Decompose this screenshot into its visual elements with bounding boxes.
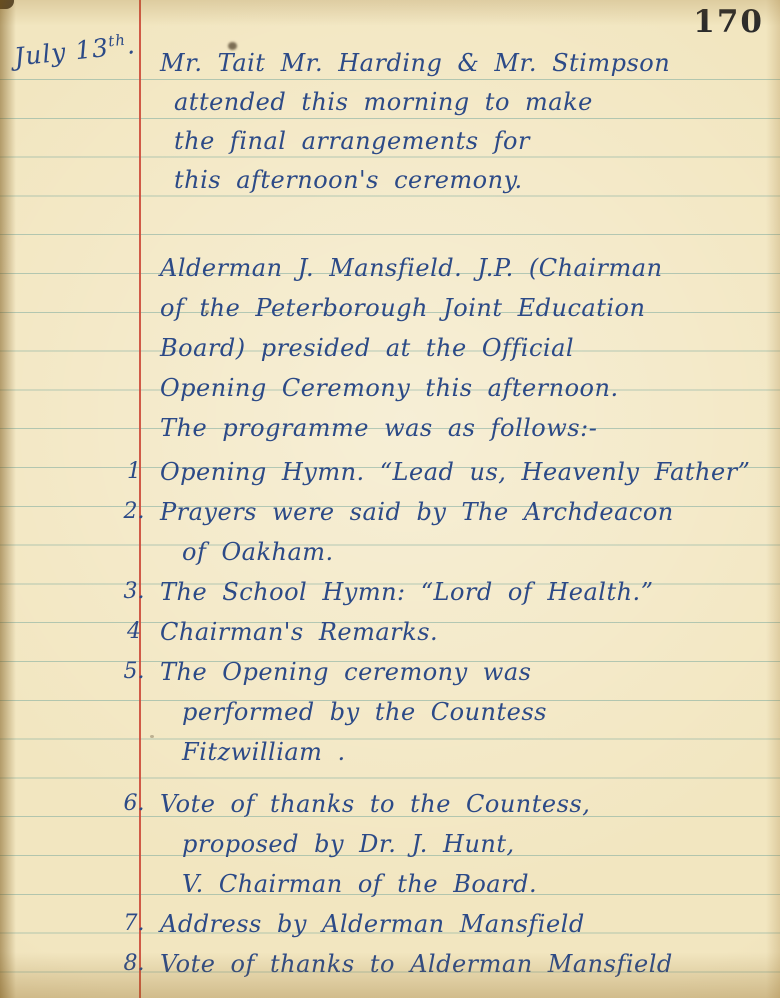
text-line: Address by Alderman Mansfield — [160, 904, 776, 944]
item-number: 3. — [108, 572, 160, 612]
text-line: proposed by Dr. J. Hunt, — [160, 824, 776, 864]
item-number: 4 — [108, 612, 160, 652]
item-text: Address by Alderman Mansfield — [160, 904, 776, 944]
text-line: of the Peterborough Joint Education — [160, 288, 663, 328]
item-number: 1 — [108, 452, 160, 492]
paper-speck — [150, 735, 154, 738]
text-line: of Oakham. — [160, 532, 776, 572]
margin-date-period: . — [125, 30, 137, 60]
opening-paragraph: Mr. Tait Mr. Harding & Mr. Stimpson atte… — [160, 44, 670, 200]
item-text: Vote of thanks to the Countess, proposed… — [160, 784, 776, 904]
ledger-page: 170 July 13th. Mr. Tait Mr. Harding & Mr… — [0, 0, 780, 998]
text-line: Chairman's Remarks. — [160, 612, 776, 652]
item-number: 6. — [108, 784, 160, 824]
programme-item-1: 1 Opening Hymn. “Lead us, Heavenly Fathe… — [108, 452, 776, 492]
text-line: V. Chairman of the Board. — [160, 864, 776, 904]
programme-list: 1 Opening Hymn. “Lead us, Heavenly Fathe… — [108, 452, 776, 984]
item-number: 7. — [108, 904, 160, 944]
item-text: The School Hymn: “Lord of Health.” — [160, 572, 776, 612]
programme-item-3: 3. The School Hymn: “Lord of Health.” — [108, 572, 776, 612]
item-text: Opening Hymn. “Lead us, Heavenly Father” — [160, 452, 776, 492]
item-text: Prayers were said by The Archdeacon of O… — [160, 492, 776, 572]
paper-speck — [205, 310, 209, 314]
text-line: this afternoon's ceremony. — [160, 161, 670, 200]
margin-date: July 13th. — [13, 30, 137, 72]
paper-speck — [0, 0, 14, 9]
text-line: Opening Ceremony this afternoon. — [160, 368, 663, 408]
text-line: The programme was as follows:- — [160, 408, 663, 448]
margin-date-ordinal: th — [107, 31, 126, 51]
text-line: performed by the Countess — [160, 692, 776, 732]
text-line: the final arrangements for — [160, 122, 670, 161]
margin-date-text: July 13 — [13, 33, 111, 72]
item-text: The Opening ceremony was performed by th… — [160, 652, 776, 772]
page-number: 170 — [693, 4, 764, 40]
text-line: Mr. Tait Mr. Harding & Mr. Stimpson — [160, 44, 670, 83]
item-text: Vote of thanks to Alderman Mansfield — [160, 944, 776, 984]
text-line: The School Hymn: “Lord of Health.” — [160, 572, 776, 612]
programme-item-7: 7. Address by Alderman Mansfield — [108, 904, 776, 944]
item-number: 5. — [108, 652, 160, 692]
programme-item-6: 6. Vote of thanks to the Countess, propo… — [108, 784, 776, 904]
text-line: Fitzwilliam . — [160, 732, 776, 772]
item-number: 2. — [108, 492, 160, 532]
programme-item-8: 8. Vote of thanks to Alderman Mansfield — [108, 944, 776, 984]
text-line: Prayers were said by The Archdeacon — [160, 492, 776, 532]
text-line: Vote of thanks to Alderman Mansfield — [160, 944, 776, 984]
item-number: 8. — [108, 944, 160, 984]
paper-speck — [228, 42, 237, 50]
ceremony-paragraph: Alderman J. Mansfield. J.P. (Chairman of… — [160, 248, 663, 448]
text-line: Vote of thanks to the Countess, — [160, 784, 776, 824]
programme-item-4: 4 Chairman's Remarks. — [108, 612, 776, 652]
programme-item-2: 2. Prayers were said by The Archdeacon o… — [108, 492, 776, 572]
programme-item-5: 5. The Opening ceremony was performed by… — [108, 652, 776, 772]
text-line: The Opening ceremony was — [160, 652, 776, 692]
item-text: Chairman's Remarks. — [160, 612, 776, 652]
text-line: Alderman J. Mansfield. J.P. (Chairman — [160, 248, 663, 288]
text-line: Board) presided at the Official — [160, 328, 663, 368]
text-line: attended this morning to make — [160, 83, 670, 122]
text-line: Opening Hymn. “Lead us, Heavenly Father” — [160, 452, 776, 492]
